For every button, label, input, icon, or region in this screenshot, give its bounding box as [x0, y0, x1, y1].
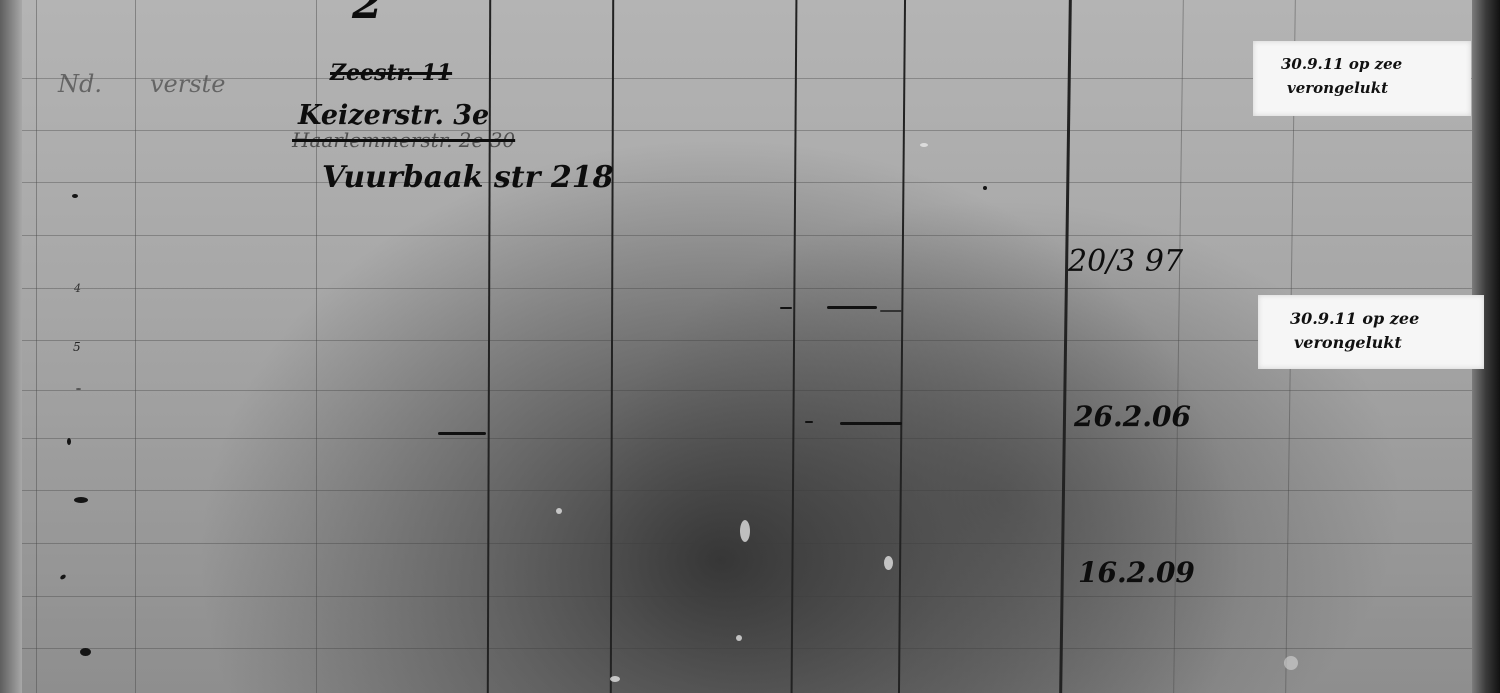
annotation-line-2: verongelukt: [1287, 79, 1388, 97]
ruled-line: [22, 490, 1472, 491]
annotation-line-1: 30.9.11 op zee: [1290, 309, 1419, 328]
dust-speck: [736, 635, 742, 641]
pasted-annotation-label: 30.9.11 op zee verongelukt: [1258, 295, 1484, 369]
date-entry: 16.2.09: [1078, 556, 1195, 589]
ruled-line: [22, 130, 1472, 131]
dash-mark: [805, 421, 813, 423]
column-rule: [1173, 0, 1184, 693]
pencil-note-left: Nd.: [58, 70, 102, 98]
annotation-line-2: verongelukt: [1294, 333, 1402, 352]
annotation-line-1: 30.9.11 op zee: [1281, 55, 1402, 73]
date-entry: 20/3 97: [1068, 244, 1183, 279]
page-binding-edge-left: [0, 0, 22, 693]
dust-speck: [1284, 656, 1298, 670]
row-mark: 4: [74, 282, 81, 295]
row-mark: [59, 574, 66, 581]
address-entry: Vuurbaak str 218: [322, 160, 614, 195]
ruled-line: [22, 596, 1472, 597]
dash-mark: [840, 422, 902, 425]
row-mark: [72, 194, 78, 198]
row-mark: [80, 648, 91, 656]
row-mark: [67, 438, 71, 445]
dash-mark: [880, 310, 902, 312]
ruled-line: [22, 340, 1472, 341]
ruled-line: [22, 543, 1472, 544]
ruled-line: [22, 288, 1472, 289]
dust-speck: [884, 556, 893, 570]
ruled-line: [22, 390, 1472, 391]
dust-speck: [740, 520, 750, 542]
address-entry-struck: Haarlemmerstr. 2e 30: [292, 128, 515, 152]
pasted-annotation-label: 30.9.11 op zee verongelukt: [1253, 41, 1471, 116]
dash-mark: [438, 432, 486, 435]
register-page: 2 Nd. verste Zeestr. 11 Keizerstr. 3e Ha…: [0, 0, 1500, 693]
pencil-note-right: verste: [150, 70, 225, 98]
dash-mark: [827, 306, 877, 309]
address-entry: Keizerstr. 3e: [298, 100, 489, 131]
dust-speck: [556, 508, 562, 514]
row-mark: [74, 497, 88, 503]
ruled-line: [22, 648, 1472, 649]
dust-speck: [920, 143, 928, 147]
column-rule: [1059, 0, 1072, 693]
column-rule: [36, 0, 37, 693]
column-rule: [135, 0, 136, 693]
ink-dot: [983, 186, 987, 190]
column-rule: [610, 0, 614, 693]
date-entry: 26.2.06: [1074, 400, 1191, 433]
ruled-line: [22, 182, 1472, 183]
row-mark: [76, 388, 81, 390]
dust-speck: [610, 676, 620, 682]
ruled-line: [22, 438, 1472, 439]
page-number: 2: [352, 0, 383, 29]
ruled-line: [22, 235, 1472, 236]
dash-mark: [780, 307, 792, 309]
column-rule: [898, 0, 906, 693]
address-entry-struck: Zeestr. 11: [330, 60, 452, 86]
row-mark: 5: [73, 340, 81, 354]
column-rule: [791, 0, 798, 693]
